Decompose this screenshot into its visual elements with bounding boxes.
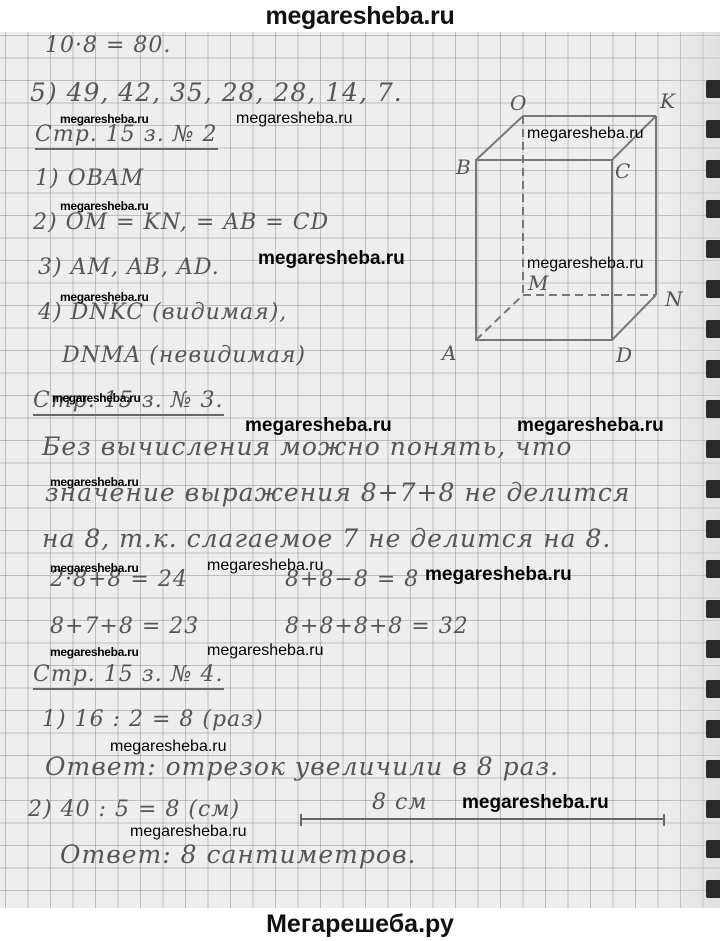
spiral-binding [706,800,720,818]
task-2-answer-3: 3) AM, AB, AD. [38,255,220,280]
watermark: megaresheba.ru [52,391,141,405]
spiral-binding [706,840,720,858]
site-footer: Мегарешеба.ру [0,908,720,941]
task-2-heading: Стр. 15 з. № 2 [35,122,218,150]
task-4-answer-1: Ответ: отрезок увеличили в 8 раз. [45,752,559,781]
watermark: megaresheba.ru [60,290,149,304]
vertex-label-d: D [615,343,632,367]
task-4-step-1: 1) 16 : 2 = 8 (раз) [42,707,264,732]
spiral-binding [706,880,720,898]
vertex-label-b: B [455,155,471,179]
segment-label: 8 см [372,790,428,815]
task-4-step-2: 2) 40 : 5 = 8 (см) [28,797,240,822]
watermark: megaresheba.ru [527,255,644,273]
task-2-answer-2: 2) OM = KN, = AB = CD [33,210,329,235]
watermark: megaresheba.ru [527,125,644,143]
watermark: megaresheba.ru [425,564,572,586]
spiral-binding [706,600,720,618]
spiral-binding [706,400,720,418]
watermark: megaresheba.ru [50,645,139,659]
watermark: megaresheba.ru [462,792,609,814]
site-header: megaresheba.ru [0,0,720,32]
calc-line: 10·8 = 80. [45,33,171,58]
vertex-label-a: A [440,341,456,365]
task-3-expr-3: 8+7+8 = 23 [50,614,199,639]
watermark: megaresheba.ru [60,112,149,126]
vertex-label-c: C [615,159,630,183]
watermark: megaresheba.ru [517,415,664,437]
watermark: megaresheba.ru [236,110,353,128]
watermark: megaresheba.ru [207,557,324,575]
watermark: megaresheba.ru [207,642,324,660]
task-4-heading: Стр. 15 з. № 4. [33,662,224,690]
task-3-text-3: на 8, т.к. слагаемое 7 не делится на 8. [42,524,611,553]
vertex-label-k: K [659,89,676,113]
watermark: megaresheba.ru [110,738,227,756]
vertex-label-m: M [527,271,549,295]
watermark: megaresheba.ru [60,199,149,213]
segment-8cm [300,818,665,820]
task-4-answer-2: Ответ: 8 сантиметров. [60,840,416,869]
spiral-binding [706,440,720,458]
watermark: megaresheba.ru [258,248,405,270]
spiral-binding [706,640,720,658]
watermark: megaresheba.ru [245,415,392,437]
vertex-label-n: N [664,287,684,311]
watermark: megaresheba.ru [50,561,139,575]
spiral-binding [706,760,720,778]
vertex-label-o: O [510,91,526,115]
watermark: megaresheba.ru [50,475,139,489]
watermark: megaresheba.ru [130,823,247,841]
spiral-binding [706,560,720,578]
task-2-answer-1: 1) OBAM [35,166,144,191]
spiral-binding [706,520,720,538]
spiral-binding [706,680,720,698]
sequence-answer: 5) 49, 42, 35, 28, 28, 14, 7. [30,78,403,107]
spiral-binding [706,720,720,738]
task-3-expr-4: 8+8+8+8 = 32 [285,614,469,639]
spiral-binding [706,480,720,498]
task-2-answer-4b: DNMA (невидимая) [62,343,306,368]
